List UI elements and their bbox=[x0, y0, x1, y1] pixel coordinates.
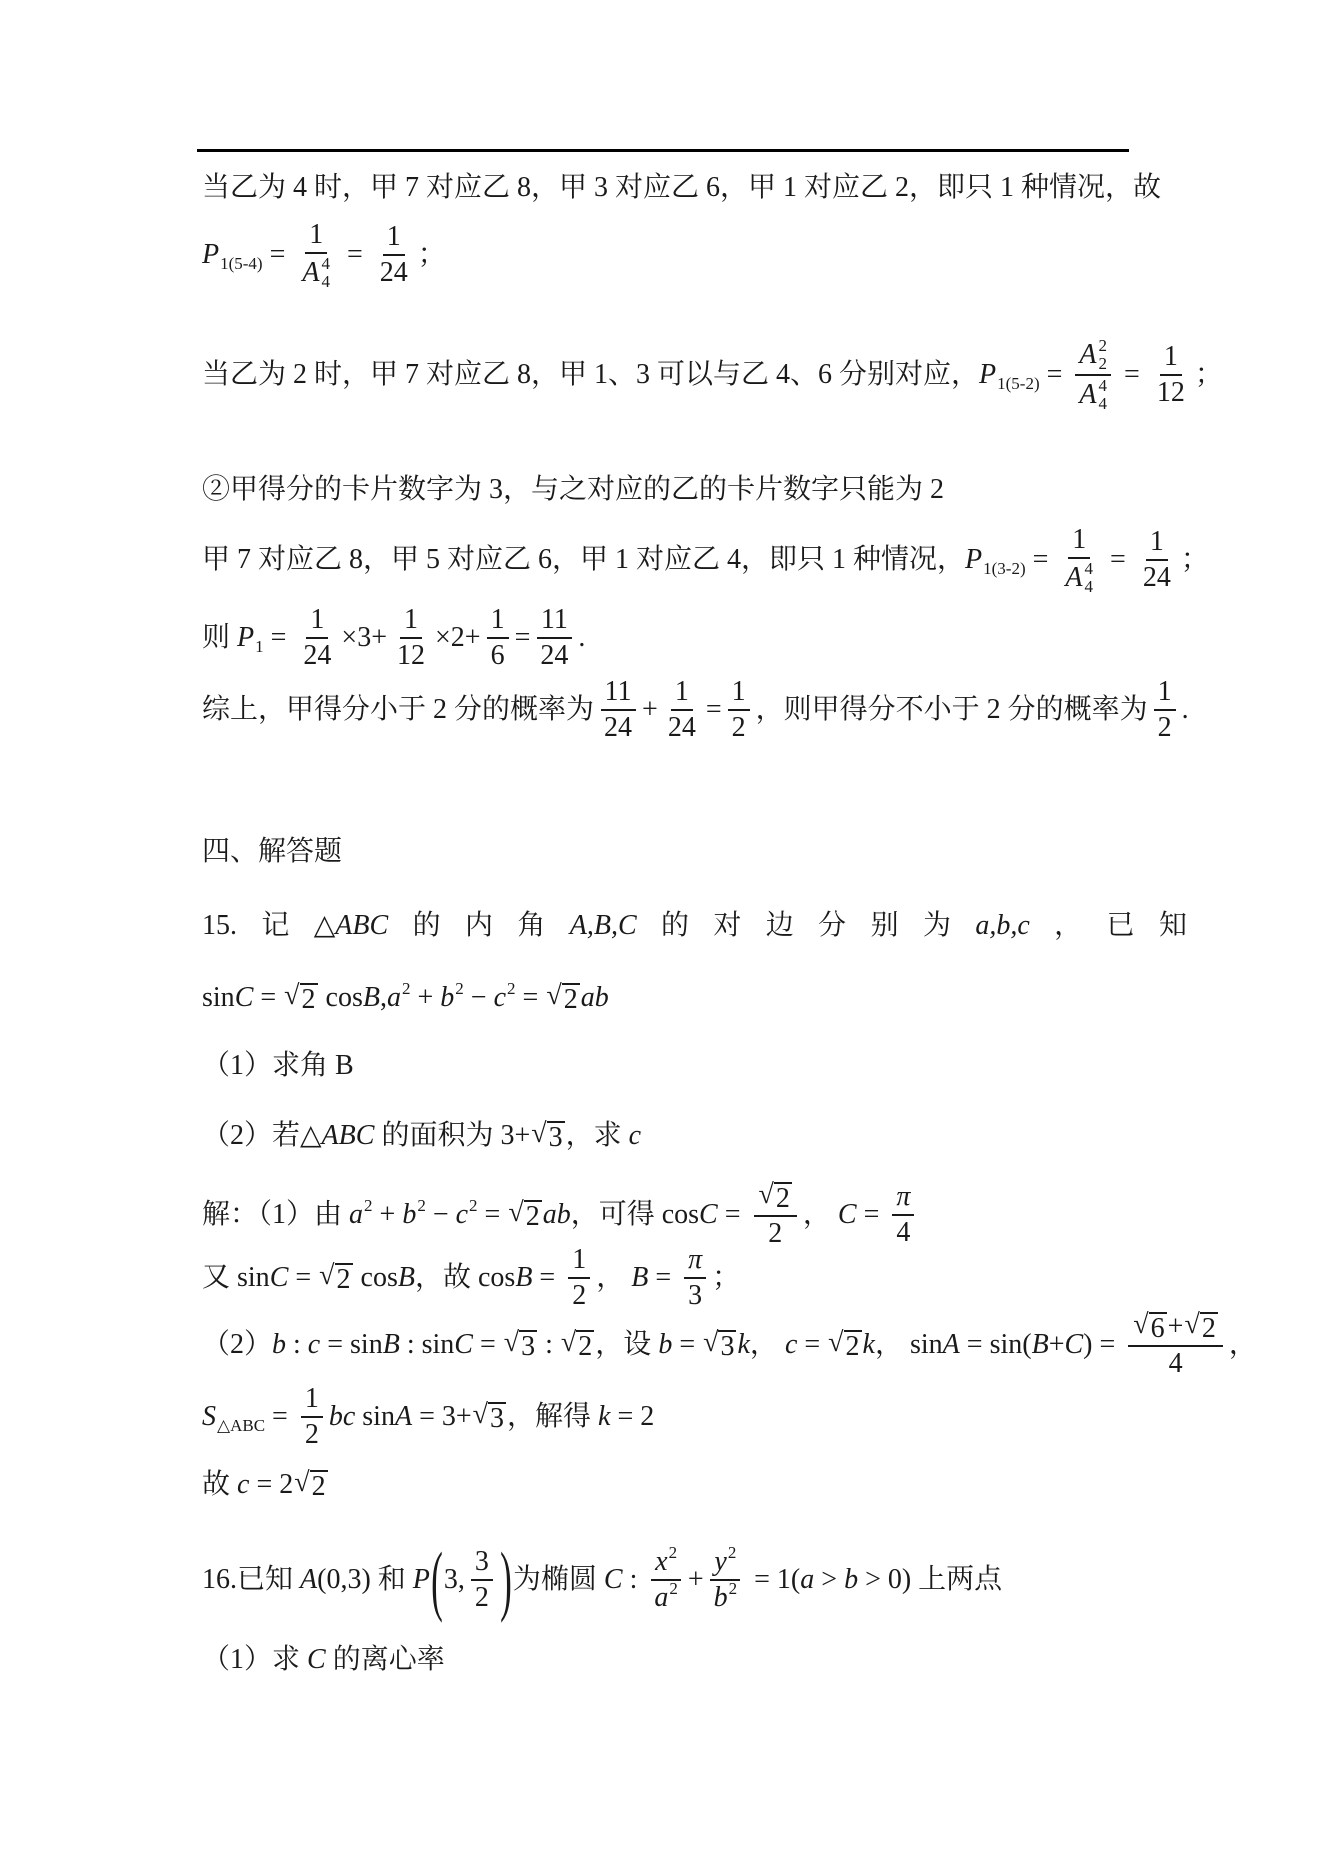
math-scripted: P1(5-2) bbox=[979, 358, 1040, 392]
text-run: − bbox=[464, 981, 494, 1015]
fraction: 124 bbox=[376, 221, 412, 289]
text-run: 1 bbox=[404, 604, 418, 636]
text-run: 解：（1）由 bbox=[202, 1198, 349, 1232]
radical-icon: √ bbox=[531, 1119, 546, 1148]
script-base: A bbox=[302, 257, 319, 289]
q15-part1: （1）求角 B bbox=[202, 1046, 354, 1086]
math-variable: C bbox=[604, 1563, 623, 1597]
math-variable: C bbox=[235, 981, 254, 1015]
math-variable: A bbox=[395, 1400, 412, 1434]
radical-icon: √ bbox=[828, 1328, 843, 1357]
subscript: △ABC bbox=[217, 1416, 265, 1436]
square-root: √2 bbox=[828, 1328, 861, 1363]
text-run: ， bbox=[1229, 1328, 1257, 1362]
text-run: ， bbox=[750, 1328, 785, 1362]
square-root: √2 bbox=[759, 1180, 792, 1215]
text-run: ，可得 cos bbox=[571, 1198, 699, 1232]
text-run: = bbox=[265, 1400, 295, 1434]
text-run: 1 bbox=[310, 604, 324, 636]
math-variable: ab bbox=[581, 981, 609, 1015]
script-base: b bbox=[402, 1198, 416, 1232]
text-run: = 2 bbox=[249, 1468, 293, 1502]
math-scripted: A44 bbox=[1065, 560, 1093, 596]
fraction-numerator: √6+√2 bbox=[1128, 1310, 1223, 1348]
text-run: 1 bbox=[732, 676, 746, 708]
fraction-denominator: b2 bbox=[710, 1581, 742, 1614]
fraction-numerator: 1 bbox=[1068, 524, 1090, 559]
text-run: 的 bbox=[661, 909, 689, 943]
math-scripted: P1(3-2) bbox=[965, 543, 1026, 577]
text-run: > 0) 上两点 bbox=[858, 1563, 1002, 1597]
fraction: 1124 bbox=[536, 604, 572, 672]
fraction: 112 bbox=[393, 604, 429, 672]
text-run: = bbox=[1040, 358, 1070, 392]
text-run: = bbox=[288, 1261, 318, 1295]
square-root: √2 bbox=[508, 1198, 541, 1233]
math-scripted: c2 bbox=[456, 1198, 478, 1232]
text-run: 24 bbox=[1143, 562, 1171, 594]
radicand: 3 bbox=[519, 1330, 537, 1363]
big-parens: (3,32) bbox=[432, 1546, 511, 1614]
radicand: 2 bbox=[774, 1182, 792, 1215]
math-scripted: a2 bbox=[654, 1582, 678, 1614]
fraction-numerator: 1 bbox=[487, 604, 509, 639]
radical-icon: √ bbox=[504, 1328, 519, 1357]
text-run: = bbox=[532, 1261, 562, 1295]
radical-icon: √ bbox=[1184, 1310, 1199, 1339]
text-run: 角 bbox=[517, 909, 545, 943]
text-run: ， bbox=[1054, 909, 1082, 943]
text-run: : bbox=[538, 1328, 560, 1362]
math-variable: ab bbox=[543, 1198, 571, 1232]
para-when-yi-4: 当乙为 4 时，甲 7 对应乙 8，甲 3 对应乙 6，甲 1 对应乙 2，即只… bbox=[202, 168, 1161, 208]
text-run: : bbox=[286, 1328, 308, 1362]
fraction-numerator: 11 bbox=[601, 676, 636, 711]
superscript: 2 bbox=[469, 1196, 478, 1216]
text-run: 4 bbox=[896, 1217, 910, 1249]
fraction-denominator: 12 bbox=[1153, 376, 1189, 409]
math-variable: B bbox=[631, 1261, 648, 1295]
superscript: 2 bbox=[1099, 337, 1108, 355]
fraction-numerator: A22 bbox=[1075, 337, 1111, 376]
text-run: = bbox=[857, 1198, 887, 1232]
q15-given: sinC = √2 cosB,a2 + b2 − c2 = √2ab bbox=[202, 976, 609, 1020]
math-variable: △ABC bbox=[300, 1119, 374, 1153]
subscript: 2 bbox=[1099, 355, 1108, 373]
fraction-numerator: 1 bbox=[306, 604, 328, 639]
formula-p-1-5-4: P1(5-4) = 1A44 = 124； bbox=[202, 205, 446, 305]
text-run: ； bbox=[1181, 543, 1209, 577]
text-run: = bbox=[648, 1261, 678, 1295]
parens-content: 3,32 bbox=[442, 1546, 501, 1614]
script-stack: 44 bbox=[322, 255, 331, 291]
radical-icon: √ bbox=[759, 1180, 774, 1209]
script-base: a bbox=[654, 1582, 668, 1614]
script-stack: 44 bbox=[1085, 560, 1094, 596]
math-variable: k bbox=[598, 1400, 610, 1434]
text-run: = bbox=[718, 1198, 748, 1232]
script-base: x bbox=[655, 1546, 667, 1578]
subscript: 4 bbox=[1085, 578, 1094, 596]
q15-part2: （2）若△ABC 的面积为 3+√3，求 c bbox=[202, 1114, 641, 1158]
script-base: A bbox=[1065, 562, 1082, 594]
text-run: = bbox=[672, 1328, 702, 1362]
fraction-numerator: 1 bbox=[400, 604, 422, 639]
text-run: ； bbox=[712, 1261, 740, 1295]
fraction: 12 bbox=[728, 676, 750, 744]
fraction-denominator: 4 bbox=[892, 1216, 914, 1249]
math-variable: C bbox=[307, 1643, 326, 1677]
text-run: 分 bbox=[818, 909, 846, 943]
text-run: = sin bbox=[320, 1328, 382, 1362]
radicand: 2 bbox=[300, 983, 318, 1016]
fraction-numerator: y2 bbox=[710, 1546, 740, 1581]
radicand: 2 bbox=[562, 983, 580, 1016]
square-root: √3 bbox=[531, 1119, 564, 1154]
fraction-numerator: 1 bbox=[1146, 526, 1168, 561]
math-variable: c bbox=[785, 1328, 797, 1362]
text-run: > bbox=[814, 1563, 844, 1597]
text-run: = bbox=[473, 1328, 503, 1362]
math-variable: C bbox=[699, 1198, 718, 1232]
radicand: 3 bbox=[718, 1330, 736, 1363]
fraction: 12 bbox=[1154, 676, 1176, 744]
text-run: = bbox=[1026, 543, 1056, 577]
radicand: 6 bbox=[1149, 1312, 1167, 1345]
subscript: 1(3-2) bbox=[983, 559, 1025, 579]
text-run: 对 bbox=[713, 909, 741, 943]
text-run: ， bbox=[596, 1261, 631, 1295]
fraction-numerator: 3 bbox=[471, 1546, 493, 1581]
text-run: 为椭圆 bbox=[513, 1563, 604, 1597]
q15-stem: 15.记△ABC的内角A,B,C的对边分别为a,b,c，已知 bbox=[202, 906, 1187, 946]
text-run: + bbox=[688, 1563, 704, 1597]
fraction-numerator: 1 bbox=[383, 221, 405, 256]
subscript: 1(5-4) bbox=[220, 254, 262, 274]
math-variable: b bbox=[844, 1563, 858, 1597]
fraction-denominator: a2 bbox=[650, 1581, 682, 1614]
text-run: 记 bbox=[261, 909, 289, 943]
text-run: : sin bbox=[400, 1328, 454, 1362]
script-base: a bbox=[349, 1198, 363, 1232]
math-variable: a,b,c bbox=[975, 909, 1029, 943]
fraction-numerator: 1 bbox=[671, 676, 693, 711]
q15-sol-4: S△ABC = 12bc sinA = 3+√3，解得 k = 2 bbox=[202, 1377, 654, 1457]
text-run: ) = bbox=[1083, 1328, 1122, 1362]
text-run: = bbox=[515, 621, 531, 655]
math-scripted: P1(5-4) bbox=[202, 238, 263, 272]
radical-icon: √ bbox=[703, 1328, 718, 1357]
radicand: 2 bbox=[844, 1330, 862, 1363]
text-run: ，则甲得分不小于 2 分的概率为 bbox=[756, 693, 1148, 727]
text-run: − bbox=[426, 1198, 456, 1232]
radicand: 2 bbox=[1200, 1312, 1218, 1345]
square-root: √3 bbox=[703, 1328, 736, 1363]
para-when-yi-2: 当乙为 2 时，甲 7 对应乙 8，甲 1、3 可以与乙 4、6 分别对应，P1… bbox=[202, 320, 1223, 430]
script-base: a bbox=[387, 981, 401, 1015]
radicand: 3 bbox=[547, 1121, 565, 1154]
math-scripted: b2 bbox=[714, 1582, 738, 1614]
fraction: 1124 bbox=[600, 676, 636, 744]
text-run: （1）求角 B bbox=[202, 1049, 354, 1083]
close-paren-icon: ) bbox=[500, 1549, 512, 1611]
text-run: ， bbox=[803, 1198, 838, 1232]
fraction-denominator: A44 bbox=[1061, 559, 1097, 596]
math-scripted: b2 bbox=[440, 981, 464, 1015]
text-run: 15. bbox=[202, 909, 237, 943]
fraction: 112 bbox=[1153, 341, 1189, 409]
fraction: 16 bbox=[487, 604, 509, 672]
text-run: 11 bbox=[541, 604, 568, 636]
fraction-denominator: 4 bbox=[1165, 1347, 1187, 1380]
math-scripted: A44 bbox=[302, 255, 330, 291]
math-variable: A bbox=[943, 1328, 960, 1362]
math-variable: bc bbox=[329, 1400, 355, 1434]
radical-icon: √ bbox=[1133, 1310, 1148, 1339]
superscript: 2 bbox=[669, 1543, 678, 1563]
text-run: 2 bbox=[305, 1419, 319, 1451]
text-run: (0,3) 和 bbox=[317, 1563, 413, 1597]
text-run: 3, bbox=[444, 1563, 465, 1597]
text-run: ×3+ bbox=[341, 621, 387, 655]
math-variable: k bbox=[737, 1328, 749, 1362]
text-run: 甲 7 对应乙 8，甲 5 对应乙 6，甲 1 对应乙 4，即只 1 种情况， bbox=[202, 543, 965, 577]
text-run: = 3+ bbox=[412, 1400, 472, 1434]
script-base: b bbox=[714, 1582, 728, 1614]
text-run: ②甲得分的卡片数字为 3，与之对应的乙的卡片数字只能为 2 bbox=[202, 473, 944, 507]
text-run: = bbox=[253, 981, 283, 1015]
text-run: 为 bbox=[923, 909, 951, 943]
text-run: 别 bbox=[871, 909, 899, 943]
math-scripted: y2 bbox=[714, 1546, 736, 1578]
text-run: cos bbox=[354, 1261, 398, 1295]
text-run: 16.已知 bbox=[202, 1563, 300, 1597]
text-run: ，设 bbox=[595, 1328, 658, 1362]
text-run: + bbox=[373, 1198, 403, 1232]
text-run: 则 bbox=[202, 621, 237, 655]
math-variable: a bbox=[800, 1563, 814, 1597]
text-run: + bbox=[410, 981, 440, 1015]
text-run: 的离心率 bbox=[326, 1643, 445, 1677]
text-run: = 1( bbox=[747, 1563, 800, 1597]
superscript: 4 bbox=[322, 255, 331, 273]
superscript: 2 bbox=[417, 1196, 426, 1216]
fraction-numerator: 1 bbox=[1154, 676, 1176, 711]
text-run: . bbox=[578, 621, 585, 655]
fraction: x2a2 bbox=[650, 1546, 682, 1614]
radical-icon: √ bbox=[508, 1198, 523, 1227]
text-run: . bbox=[1182, 693, 1189, 727]
radical-icon: √ bbox=[546, 981, 561, 1010]
math-variable: C bbox=[838, 1198, 857, 1232]
script-base: c bbox=[456, 1198, 468, 1232]
script-base: P bbox=[979, 358, 996, 392]
text-run: 2 bbox=[1158, 712, 1172, 744]
fraction-numerator: 1 bbox=[1160, 341, 1182, 376]
text-run: 2 bbox=[732, 712, 746, 744]
radicand: 3 bbox=[488, 1402, 506, 1435]
text-run: 24 bbox=[604, 712, 632, 744]
radical-icon: √ bbox=[319, 1261, 334, 1290]
math-variable: π bbox=[688, 1244, 702, 1276]
fraction: y2b2 bbox=[710, 1546, 742, 1614]
fraction-numerator: 1 bbox=[301, 1383, 323, 1418]
script-base: P bbox=[237, 621, 254, 655]
fraction-denominator: A44 bbox=[1075, 376, 1111, 413]
text-run: 综上，甲得分小于 2 分的概率为 bbox=[202, 693, 594, 727]
text-run: , bbox=[380, 981, 387, 1015]
square-root: √2 bbox=[1184, 1310, 1217, 1345]
superscript: 2 bbox=[728, 1543, 737, 1563]
math-variable: B bbox=[1032, 1328, 1049, 1362]
text-run: = bbox=[706, 693, 722, 727]
math-scripted: b2 bbox=[402, 1198, 426, 1232]
subscript: 4 bbox=[322, 273, 331, 291]
subscript: 1 bbox=[255, 637, 264, 657]
script-base: P bbox=[202, 238, 219, 272]
square-root: √2 bbox=[284, 981, 317, 1016]
para-summary: 综上，甲得分小于 2 分的概率为1124+124=12，则甲得分不小于 2 分的… bbox=[202, 668, 1189, 752]
script-base: y bbox=[714, 1546, 726, 1578]
text-run: = bbox=[1103, 543, 1133, 577]
math-variable: b bbox=[658, 1328, 672, 1362]
math-scripted: A22 bbox=[1079, 337, 1107, 373]
radicand: 2 bbox=[310, 1470, 328, 1503]
fraction: 124 bbox=[664, 676, 700, 744]
superscript: 2 bbox=[507, 979, 516, 999]
radical-icon: √ bbox=[473, 1400, 488, 1429]
text-run: ； bbox=[1195, 358, 1223, 392]
text-run: + bbox=[1049, 1328, 1065, 1362]
square-root: √3 bbox=[473, 1400, 506, 1435]
fraction-numerator: √2 bbox=[754, 1180, 797, 1218]
fraction: 32 bbox=[471, 1546, 493, 1614]
text-run: + bbox=[1168, 1311, 1184, 1343]
text-run: 边 bbox=[766, 909, 794, 943]
text-run: 内 bbox=[465, 909, 493, 943]
radicand: 2 bbox=[335, 1263, 353, 1296]
radical-icon: √ bbox=[294, 1468, 309, 1497]
superscript: 2 bbox=[402, 979, 411, 999]
fraction-numerator: 11 bbox=[537, 604, 572, 639]
text-run: （2） bbox=[202, 1328, 272, 1362]
square-root: √2 bbox=[561, 1328, 594, 1363]
math-scripted: P1 bbox=[237, 621, 264, 655]
text-run: + bbox=[642, 693, 658, 727]
q15-sol-5: 故 c = 2√2 bbox=[202, 1463, 329, 1507]
fraction-denominator: 24 bbox=[1139, 561, 1175, 594]
radical-icon: √ bbox=[561, 1328, 576, 1357]
open-paren-icon: ( bbox=[431, 1549, 443, 1611]
math-scripted: c2 bbox=[494, 981, 516, 1015]
fraction-denominator: 2 bbox=[301, 1418, 323, 1451]
text-run: 的面积为 3+ bbox=[374, 1119, 530, 1153]
text-run: 12 bbox=[1157, 377, 1185, 409]
text-run: 24 bbox=[668, 712, 696, 744]
text-run: 1 bbox=[1150, 526, 1164, 558]
math-variable: b bbox=[272, 1328, 286, 1362]
fraction: √6+√24 bbox=[1128, 1310, 1223, 1381]
text-run: 2 bbox=[768, 1218, 782, 1250]
para-case-circle2: ②甲得分的卡片数字为 3，与之对应的乙的卡片数字只能为 2 bbox=[202, 470, 944, 510]
math-variable: c bbox=[237, 1468, 249, 1502]
text-run: : bbox=[623, 1563, 645, 1597]
text-run: 1 bbox=[309, 219, 323, 251]
square-root: √2 bbox=[319, 1261, 352, 1296]
math-variable: B bbox=[398, 1261, 415, 1295]
fraction: 1A44 bbox=[298, 219, 334, 291]
fraction-denominator: 24 bbox=[664, 711, 700, 744]
text-run: 知 bbox=[1159, 909, 1187, 943]
header-rule bbox=[197, 149, 1129, 152]
text-run: 当乙为 4 时，甲 7 对应乙 8，甲 3 对应乙 6，甲 1 对应乙 2，即只… bbox=[202, 171, 1161, 205]
text-run: 11 bbox=[605, 676, 632, 708]
text-run: ，故 cos bbox=[415, 1261, 515, 1295]
script-base: b bbox=[440, 981, 454, 1015]
text-run: 1 bbox=[675, 676, 689, 708]
superscript: 4 bbox=[1099, 377, 1108, 395]
fraction: 124 bbox=[299, 604, 335, 672]
math-scripted: S△ABC bbox=[202, 1400, 265, 1434]
script-stack: 44 bbox=[1099, 377, 1108, 413]
text-run: 当乙为 2 时，甲 7 对应乙 8，甲 1、3 可以与乙 4、6 分别对应， bbox=[202, 358, 979, 392]
superscript: 2 bbox=[669, 1579, 678, 1599]
fraction: 124 bbox=[1139, 526, 1175, 594]
math-scripted: A44 bbox=[1079, 377, 1107, 413]
text-run: = bbox=[797, 1328, 827, 1362]
text-run: 的 bbox=[413, 909, 441, 943]
text-run: 1 bbox=[1158, 676, 1172, 708]
script-stack: 22 bbox=[1099, 337, 1108, 373]
superscript: 2 bbox=[729, 1579, 738, 1599]
fraction: 1A44 bbox=[1061, 524, 1097, 596]
text-run: 又 sin bbox=[202, 1261, 270, 1295]
text-run: ； bbox=[418, 238, 446, 272]
text-run: 1 bbox=[387, 221, 401, 253]
script-base: P bbox=[965, 543, 982, 577]
math-variable: P bbox=[413, 1563, 430, 1597]
text-run: （1）求 bbox=[202, 1643, 307, 1677]
fraction-numerator: π bbox=[892, 1181, 914, 1216]
q16-part1: （1）求 C 的离心率 bbox=[202, 1640, 445, 1680]
text-run: 4 bbox=[1169, 1348, 1183, 1380]
square-root: √3 bbox=[504, 1328, 537, 1363]
text-run: 1 bbox=[491, 604, 505, 636]
text-run: = 2 bbox=[610, 1400, 654, 1434]
text-run: 1 bbox=[1164, 341, 1178, 373]
text-run: = sin( bbox=[960, 1328, 1032, 1362]
text-run: sin bbox=[202, 981, 235, 1015]
text-run: = bbox=[340, 238, 370, 272]
text-run: = bbox=[478, 1198, 508, 1232]
math-scripted: a2 bbox=[387, 981, 411, 1015]
radical-icon: √ bbox=[284, 981, 299, 1010]
math-variable: C bbox=[454, 1328, 473, 1362]
math-variable: k bbox=[863, 1328, 875, 1362]
fraction-numerator: x2 bbox=[651, 1546, 681, 1581]
square-root: √2 bbox=[546, 981, 579, 1016]
script-base: S bbox=[202, 1400, 216, 1434]
math-variable: C bbox=[1064, 1328, 1083, 1362]
text-run: 1 bbox=[572, 1244, 586, 1276]
fraction-denominator: 24 bbox=[600, 711, 636, 744]
fraction-numerator: π bbox=[684, 1244, 706, 1279]
math-variable: c bbox=[308, 1328, 320, 1362]
fraction-denominator: 2 bbox=[728, 711, 750, 744]
math-variable: B bbox=[515, 1261, 532, 1295]
text-run: ，求 bbox=[566, 1119, 629, 1153]
superscript: 2 bbox=[364, 1196, 373, 1216]
